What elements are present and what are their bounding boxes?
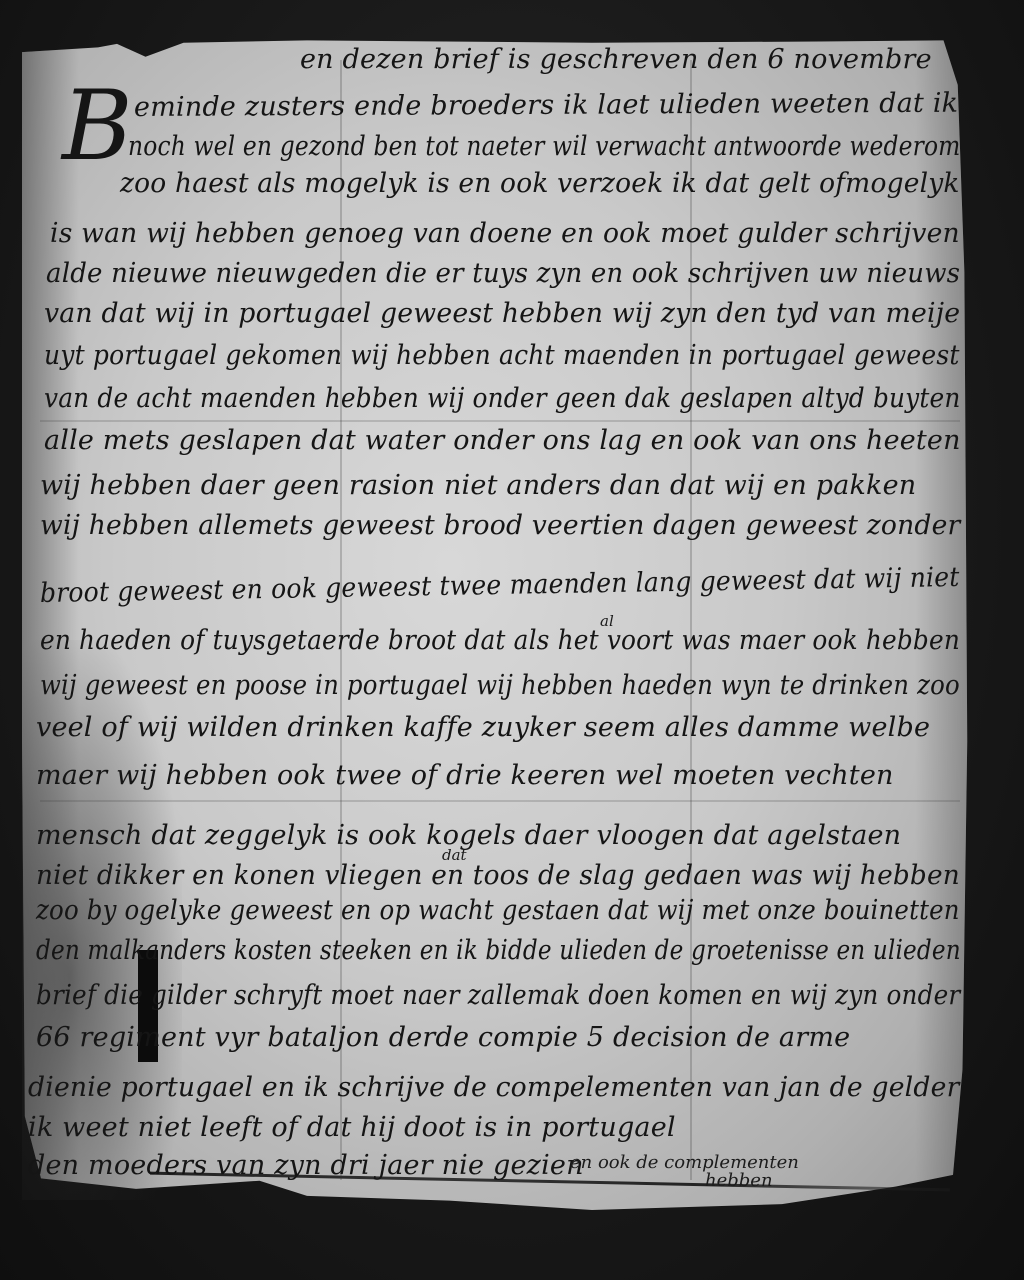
text-line-20: den malkanders kosten steeken en ik bidd… <box>36 935 961 966</box>
interlinear-insert: dat <box>442 846 467 864</box>
fold-line-horizontal <box>40 800 960 802</box>
text-line-22: 66 regiment vyr bataljon derde compie 5 … <box>36 1022 850 1053</box>
text-line-13: en haeden of tuysgetaerde broot dat als … <box>40 625 960 656</box>
text-line-18: niet dikker en konen vliegen en toos de … <box>36 860 960 891</box>
text-line-1: eminde zusters ende broeders ik laet uli… <box>134 88 958 123</box>
decorative-initial: B <box>62 78 133 174</box>
header-line: en dezen brief is geschreven den 6 novem… <box>300 44 932 75</box>
text-line-24: ik weet niet leeft of dat hij doot is in… <box>28 1112 676 1143</box>
text-line-3: zoo haest als mogelyk is en ook verzoek … <box>120 168 960 199</box>
text-line-10: wij hebben daer geen rasion niet anders … <box>40 470 916 501</box>
text-line-25: den moeders van zyn dri jaer nie gezien <box>28 1150 584 1181</box>
text-line-11: wij hebben allemets geweest brood veerti… <box>40 510 960 541</box>
interlinear-insert: al <box>600 612 614 630</box>
text-line-4: is wan wij hebben genoeg van doene en oo… <box>50 218 960 249</box>
text-line-23: dienie portugael en ik schrijve de compe… <box>28 1072 959 1103</box>
fold-line-horizontal <box>40 420 960 422</box>
text-line-16: maer wij hebben ook twee of drie keeren … <box>36 760 894 791</box>
text-line-19: zoo by ogelyke geweest en op wacht gesta… <box>36 895 960 926</box>
text-line-5: alde nieuwe nieuwgeden die er tuys zyn e… <box>46 258 960 289</box>
interlinear-insert: hebben <box>705 1170 773 1191</box>
text-line-15: veel of wij wilden drinken kaffe zuyker … <box>36 712 930 743</box>
text-line-17: mensch dat zeggelyk is ook kogels daer v… <box>36 820 901 851</box>
text-line-14: wij geweest en poose in portugael wij he… <box>40 670 960 701</box>
text-line-9: alle mets geslapen dat water onder ons l… <box>44 425 961 456</box>
text-line-8: van de acht maenden hebben wij onder gee… <box>44 383 961 414</box>
text-line-21: brief die gilder schryft moet naer zalle… <box>36 980 960 1011</box>
text-line-2: noch wel en gezond ben tot naeter wil ve… <box>128 131 961 162</box>
text-line-7: uyt portugael gekomen wij hebben acht ma… <box>44 340 960 371</box>
text-line-6: van dat wij in portugael geweest hebben … <box>44 298 960 329</box>
